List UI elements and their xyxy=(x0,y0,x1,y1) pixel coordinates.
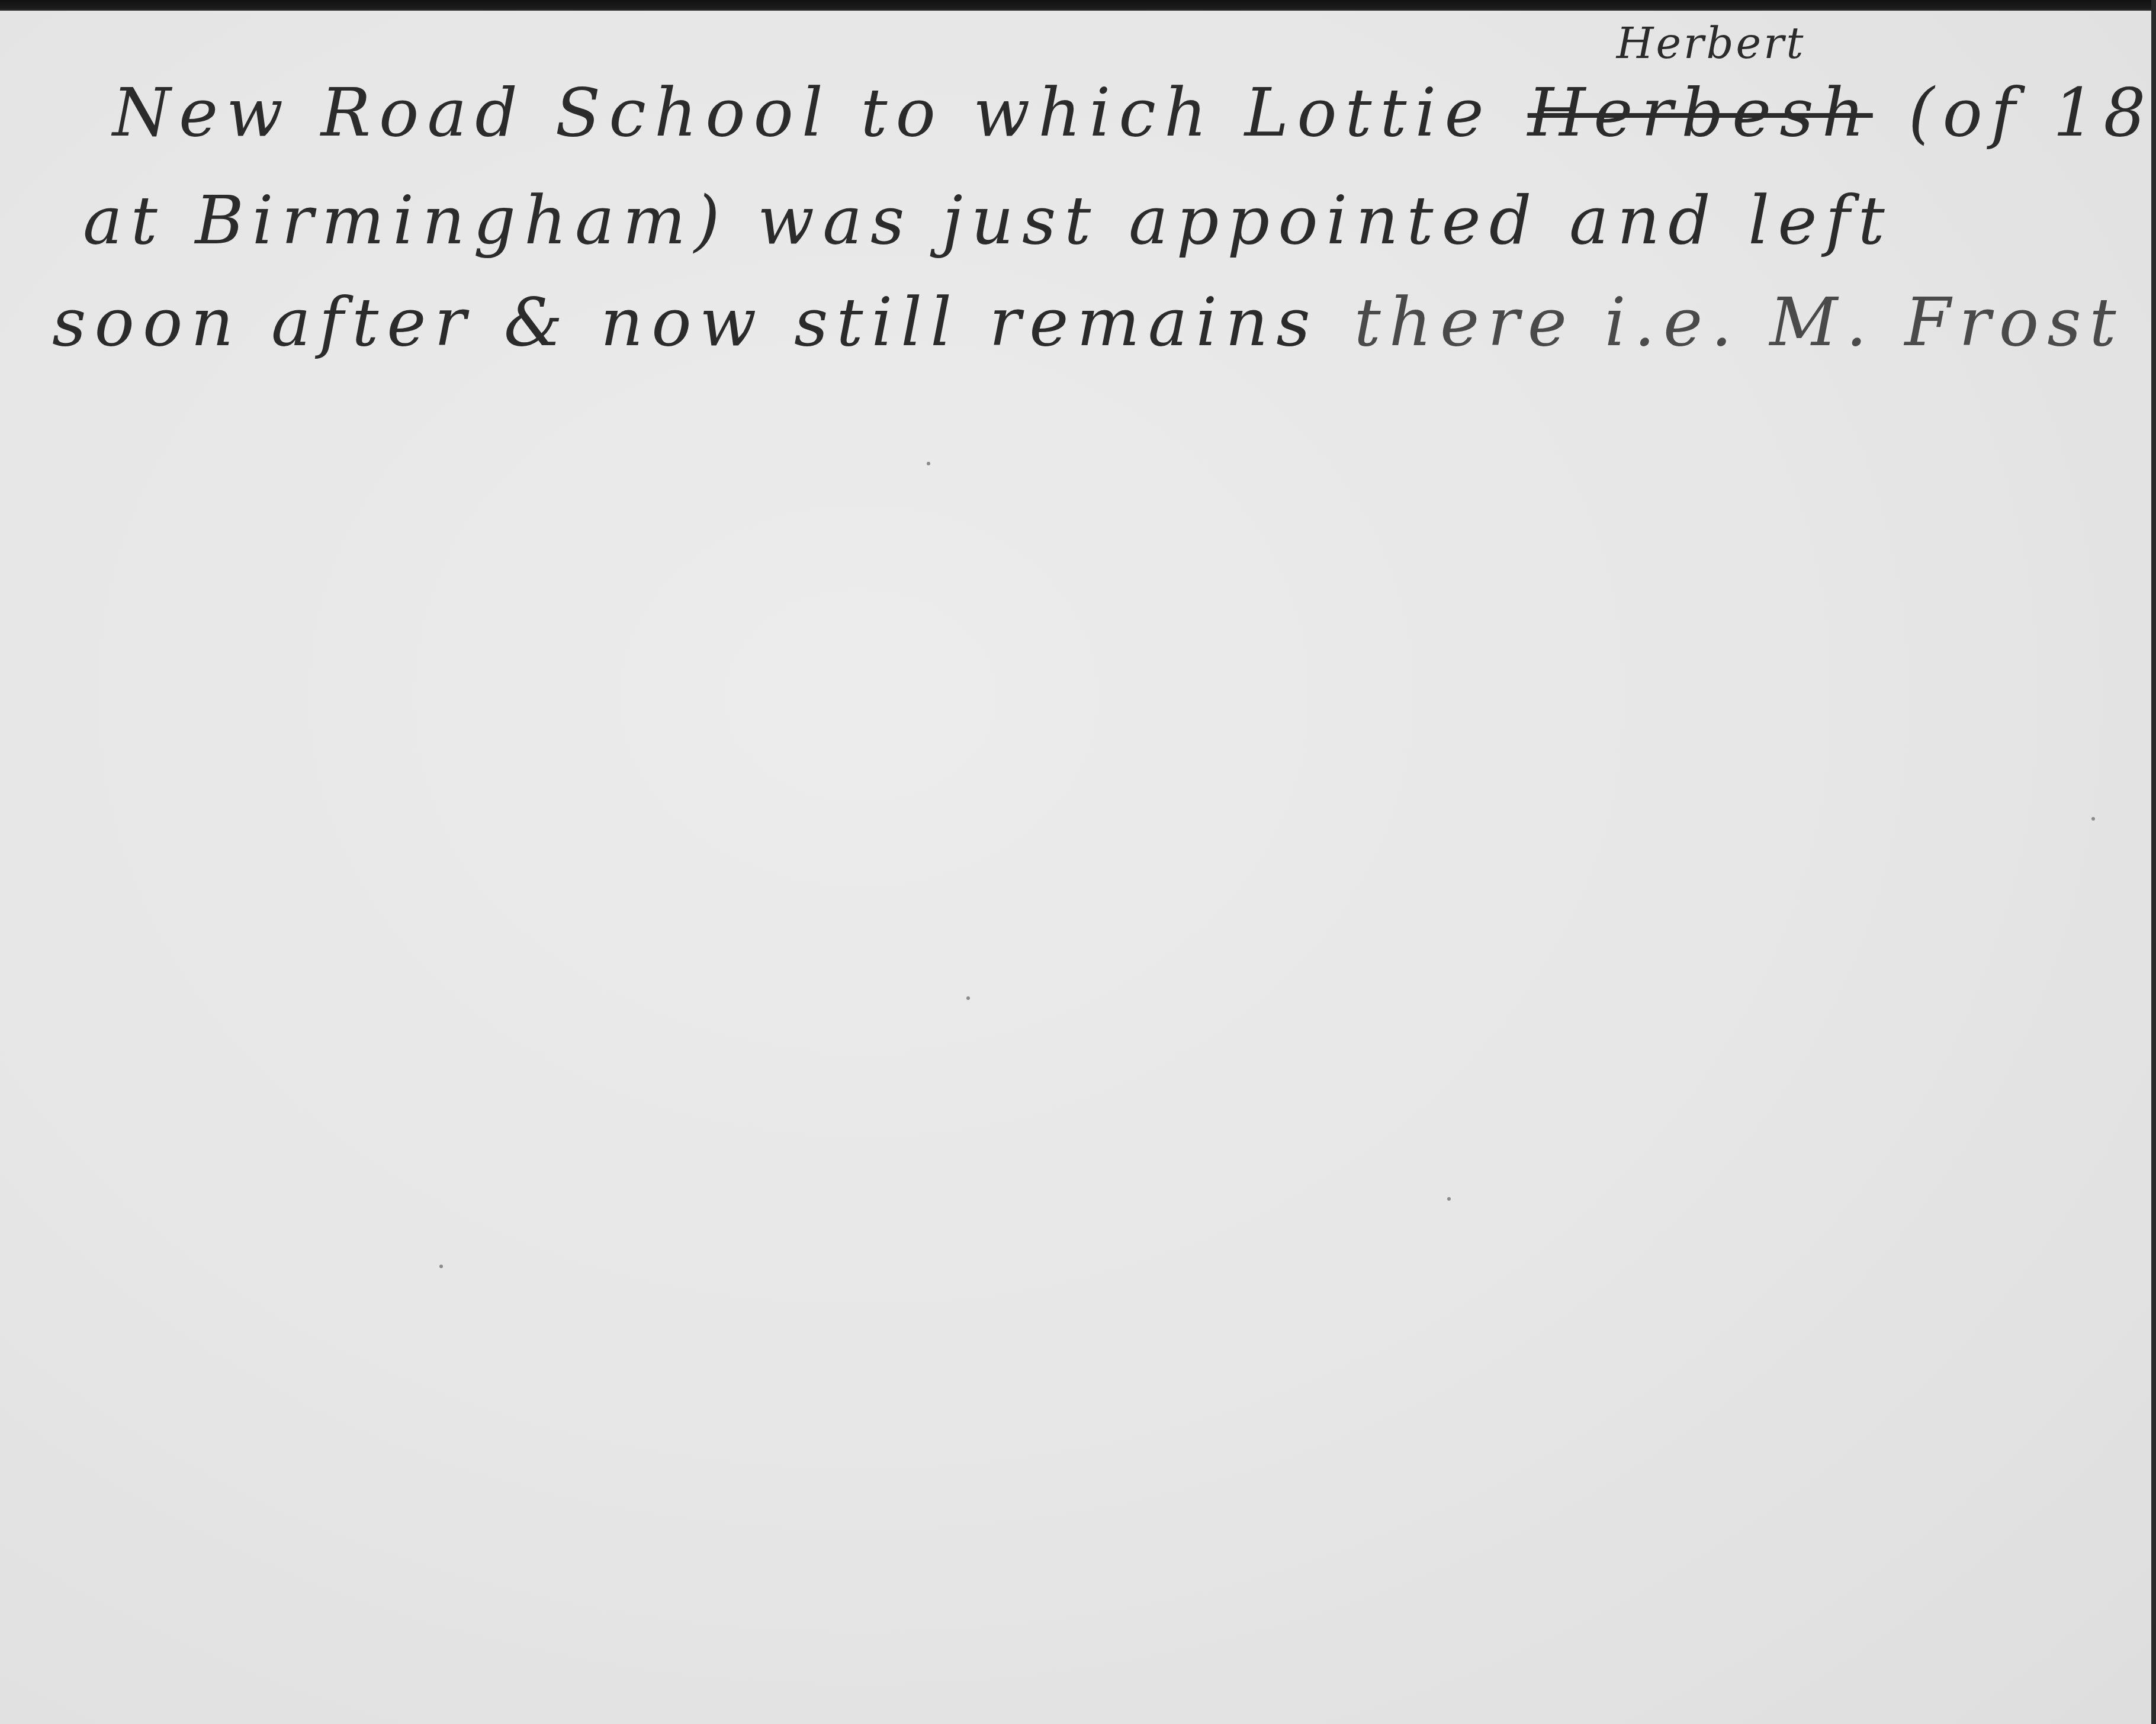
paper-speck xyxy=(439,1265,443,1268)
line-2-text: at Birmingham) was just appointed and le… xyxy=(83,182,1893,259)
handwritten-line-2: at Birmingham) was just appointed and le… xyxy=(83,182,1929,259)
inserted-correction: Herbert xyxy=(1617,18,1806,68)
line-3-text-after: there i.e. M. Frost does. xyxy=(1354,284,2156,361)
struck-out-word: Herbesh xyxy=(1528,75,1873,152)
document-card: New Road School to which LottieHerbertHe… xyxy=(0,11,2151,1724)
paper-speck xyxy=(927,462,930,465)
paper-speck xyxy=(966,996,970,1000)
correction: HerbertHerbesh xyxy=(1528,75,1873,152)
paper-speck xyxy=(2091,817,2095,821)
handwritten-line-3: soon after & now still remainsthere i.e.… xyxy=(52,284,2156,361)
line-1-text-after: (of 1881 xyxy=(1908,75,2156,152)
scan-right-border xyxy=(2151,0,2156,1724)
paper-speck xyxy=(1447,1197,1451,1201)
scan-top-border xyxy=(0,0,2156,12)
line-1-text-before: New Road School to which Lottie xyxy=(113,75,1492,152)
handwritten-line-1: New Road School to which LottieHerbertHe… xyxy=(113,75,2156,152)
line-3-text-before: soon after & now still remains xyxy=(52,284,1319,361)
